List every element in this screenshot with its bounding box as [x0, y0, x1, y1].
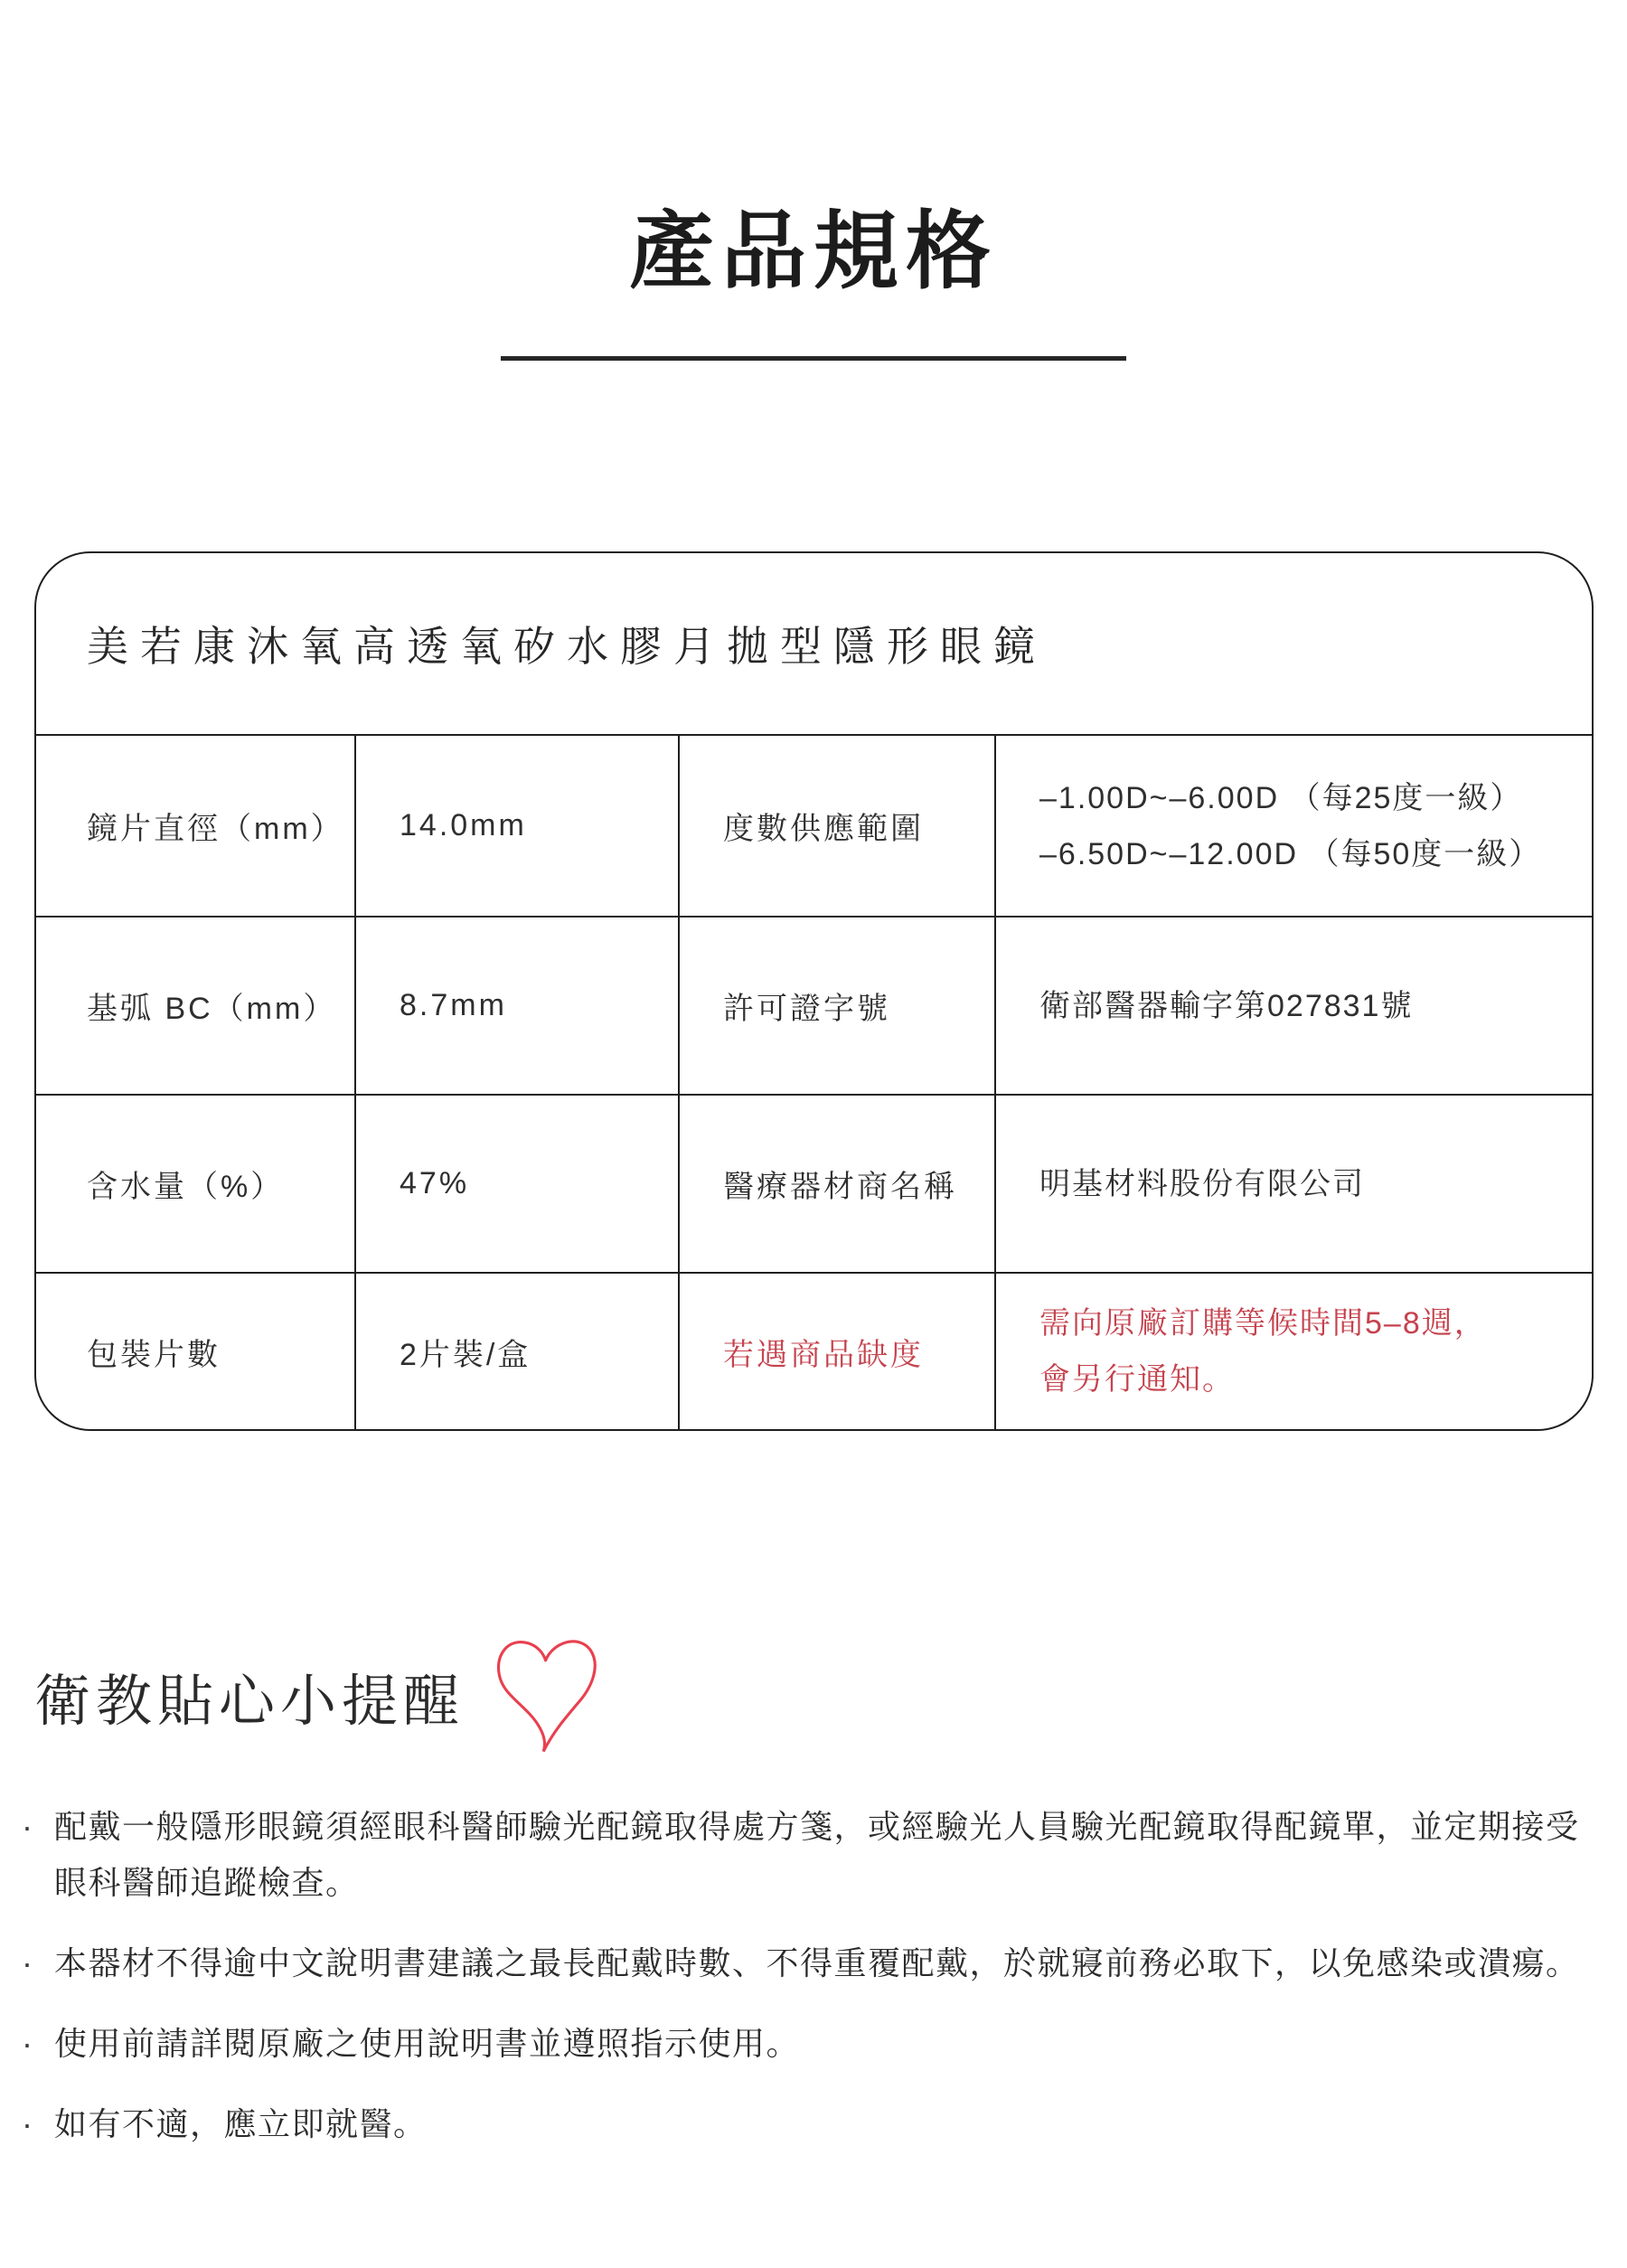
spec-water-content-value: 47%: [354, 1094, 678, 1272]
license-number-line-1: 衛部醫器輸字第027831號: [1039, 978, 1413, 1034]
spec-lens-diameter-label: 鏡片直徑（mm）: [36, 734, 354, 916]
spec-power-range-label: 度數供應範圍: [678, 734, 994, 916]
list-item: · 如有不適，應立即就醫。: [22, 2096, 1602, 2152]
list-item: · 使用前請詳閱原廠之使用說明書並遵照指示使用。: [22, 2016, 1602, 2072]
reminder-bullet-list: · 配戴一般隱形眼鏡須經眼科醫師驗光配鏡取得處方箋，或經驗光人員驗光配鏡取得配鏡…: [22, 1799, 1602, 2177]
spec-shortage-note-label: 若遇商品缺度: [678, 1272, 994, 1429]
spec-shortage-note-value: 需向原廠訂購等候時間5–8週， 會另行通知。: [994, 1272, 1592, 1429]
product-name: 美若康沐氧高透氧矽水膠月拋型隱形眼鏡: [36, 553, 1592, 734]
reminder-bullet-4: 如有不適，應立即就醫。: [54, 2096, 1602, 2152]
page-title: 產品規格: [0, 202, 1627, 300]
bullet-dot-icon: ·: [22, 2096, 54, 2152]
spec-lens-diameter-value: 14.0mm: [354, 734, 678, 916]
list-item: · 配戴一般隱形眼鏡須經眼科醫師驗光配鏡取得處方箋，或經驗光人員驗光配鏡取得配鏡…: [22, 1799, 1602, 1911]
spec-vendor-name-label: 醫療器材商名稱: [678, 1094, 994, 1272]
reminder-bullet-1: 配戴一般隱形眼鏡須經眼科醫師驗光配鏡取得處方箋，或經驗光人員驗光配鏡取得配鏡單，…: [54, 1799, 1602, 1911]
shortage-note-line-1: 需向原廠訂購等候時間5–8週，: [1039, 1295, 1487, 1351]
bullet-dot-icon: ·: [22, 2016, 54, 2072]
spec-base-curve-value: 8.7mm: [354, 916, 678, 1094]
shortage-note-line-2: 會另行通知。: [1039, 1351, 1487, 1407]
bullet-dot-icon: ·: [22, 1799, 54, 1855]
vendor-name-line-1: 明基材料股份有限公司: [1039, 1156, 1365, 1212]
spec-license-number-value: 衛部醫器輸字第027831號: [994, 916, 1592, 1094]
reminder-bullet-3: 使用前請詳閱原廠之使用說明書並遵照指示使用。: [54, 2016, 1602, 2072]
power-range-line-2: –6.50D~–12.00D （每50度一級）: [1039, 826, 1541, 882]
list-item: · 本器材不得逾中文說明書建議之最長配戴時數、不得重覆配戴，於就寢前務必取下，以…: [22, 1935, 1602, 1991]
reminder-heading: 衛教貼心小提醒: [34, 1669, 465, 1736]
spec-base-curve-label: 基弧 BC（mm）: [36, 916, 354, 1094]
power-range-line-1: –1.00D~–6.00D （每25度一級）: [1039, 770, 1541, 826]
spec-pack-size-value: 2片裝/盒: [354, 1272, 678, 1429]
spec-water-content-label: 含水量（%）: [36, 1094, 354, 1272]
spec-table: 美若康沐氧高透氧矽水膠月拋型隱形眼鏡 鏡片直徑（mm） 14.0mm 度數供應範…: [34, 551, 1594, 1431]
title-underline: [501, 356, 1126, 361]
bullet-dot-icon: ·: [22, 1935, 54, 1991]
spec-power-range-value: –1.00D~–6.00D （每25度一級） –6.50D~–12.00D （每…: [994, 734, 1592, 916]
heart-outline-icon: [494, 1633, 602, 1755]
reminder-bullet-2: 本器材不得逾中文說明書建議之最長配戴時數、不得重覆配戴，於就寢前務必取下，以免感…: [54, 1935, 1602, 1991]
spec-vendor-name-value: 明基材料股份有限公司: [994, 1094, 1592, 1272]
spec-license-number-label: 許可證字號: [678, 916, 994, 1094]
spec-pack-size-label: 包裝片數: [36, 1272, 354, 1429]
